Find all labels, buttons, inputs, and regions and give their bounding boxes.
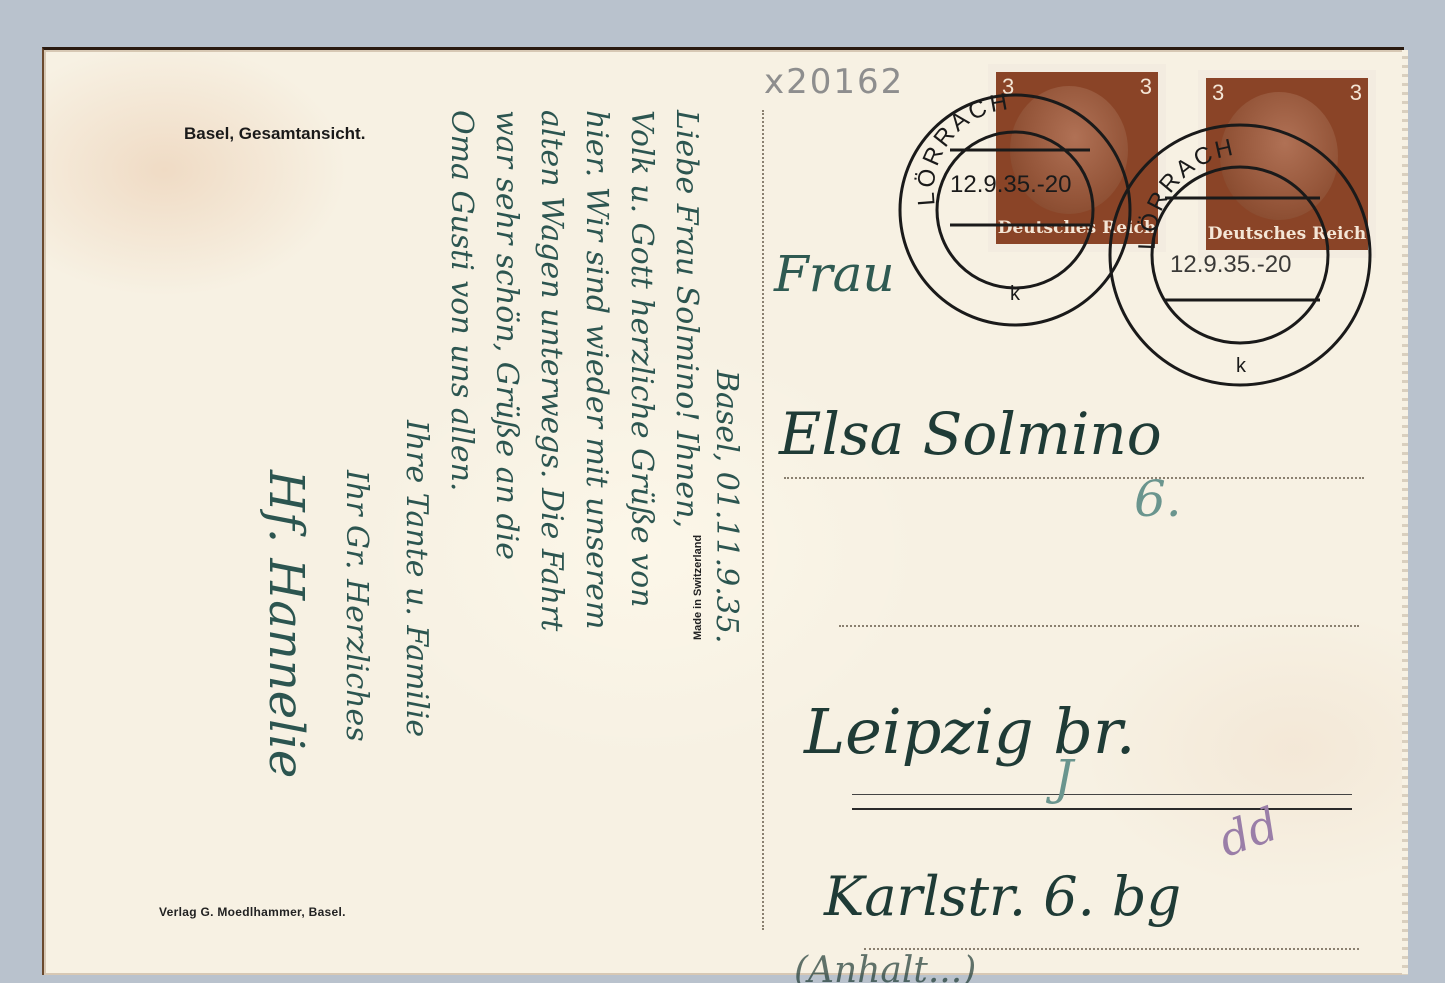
message-line: Volk u. Gott herzliche Grüße von bbox=[624, 110, 659, 607]
message-line: war sehr schön, Grüße an die bbox=[489, 110, 524, 560]
address-line-1 bbox=[784, 477, 1364, 479]
stamp-denomination: 3 bbox=[1140, 74, 1152, 100]
address-line-2 bbox=[839, 625, 1359, 627]
address-city-mark: J bbox=[1054, 750, 1073, 806]
address-salutation: Frau bbox=[774, 245, 895, 303]
center-divider bbox=[762, 110, 764, 930]
publisher-imprint: Verlag G. Moedlhammer, Basel. bbox=[159, 905, 346, 919]
message-signature: Hf. Hannelie bbox=[258, 470, 314, 778]
message-line: Oma Gusti von uns allen. bbox=[444, 110, 479, 491]
printed-title: Basel, Gesamtansicht. bbox=[184, 124, 365, 144]
postcard: Basel, Gesamtansicht. Verlag G. Moedlham… bbox=[42, 47, 1404, 975]
stamp-country: Deutsches Reich bbox=[1198, 224, 1376, 244]
address-extra: 6. bbox=[1134, 470, 1182, 528]
address-bottom: (Anhalt...) bbox=[794, 950, 976, 983]
postage-stamp: 3 3 Deutsches Reich bbox=[1198, 70, 1376, 258]
message-line: Liebe Frau Solmino! Ihnen, bbox=[669, 110, 704, 528]
address-city: Leipzig br. bbox=[804, 695, 1136, 768]
message-dateline: Basel, 01.11.9.35. bbox=[709, 370, 744, 644]
stamp-denomination: 3 bbox=[1350, 80, 1362, 106]
address-rule-thin bbox=[852, 794, 1352, 795]
address-street: Karlstr. 6. bg bbox=[824, 865, 1181, 928]
message-line: Ihr Gr. Herzliches bbox=[339, 470, 374, 742]
pencil-inventory-note: x20162 bbox=[764, 62, 904, 102]
message-line: hier. Wir sind wieder mit unserem bbox=[579, 110, 614, 629]
address-name: Elsa Solmino bbox=[779, 400, 1162, 468]
postage-stamp: 3 3 Deutsches Reich bbox=[988, 64, 1166, 252]
stamp-denomination: 3 bbox=[1002, 74, 1014, 100]
hindenburg-portrait-icon bbox=[1010, 86, 1128, 214]
message-line: alten Wagen unterwegs. Die Fahrt bbox=[534, 110, 569, 631]
stamp-denomination: 3 bbox=[1212, 80, 1224, 106]
stamp-country: Deutsches Reich bbox=[988, 218, 1166, 238]
message-line: Ihre Tante u. Familie bbox=[399, 420, 434, 737]
hindenburg-portrait-icon bbox=[1220, 92, 1338, 220]
address-rule-bold bbox=[852, 808, 1352, 810]
